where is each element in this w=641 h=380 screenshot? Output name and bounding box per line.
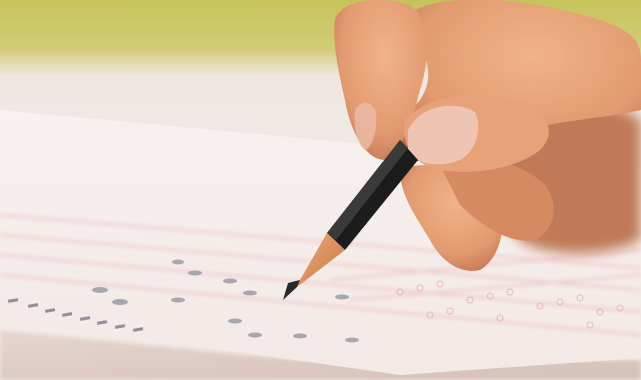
photo-scene [0,0,641,380]
